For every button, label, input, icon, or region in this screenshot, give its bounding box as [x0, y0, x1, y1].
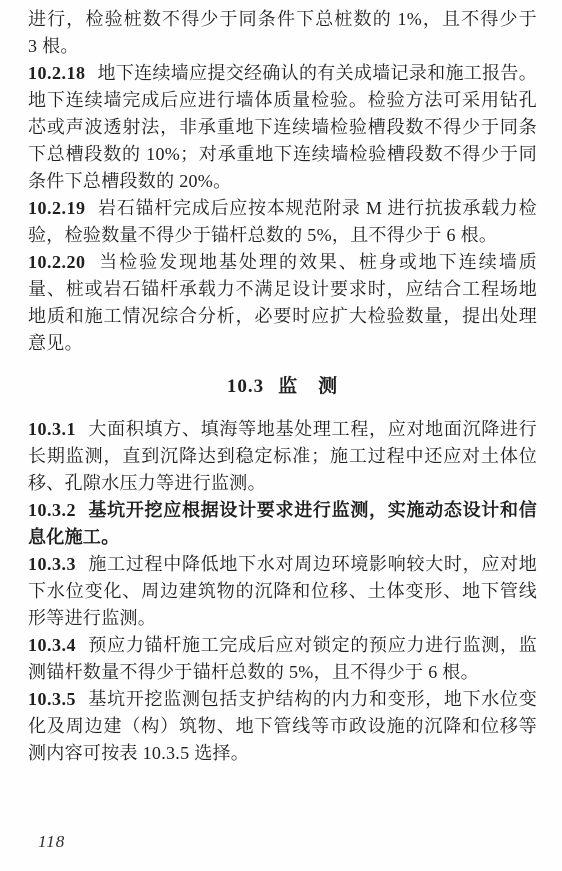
- paragraph-line: 地下连续墙完成后应进行墙体质量检验。检验方法可采用钻孔抽: [28, 87, 537, 114]
- clause-number: 10.2.18: [28, 63, 86, 83]
- line-text: 息化施工。: [28, 527, 120, 547]
- section-heading: 10.3监 测: [28, 373, 537, 400]
- paragraph-line: 测锚杆数量不得少于锚杆总数的 5%，且不得少于 6 根。: [28, 659, 537, 686]
- clause-first-line: 10.3.4预应力锚杆施工完成后应对锁定的预应力进行监测，监: [28, 632, 537, 659]
- line-text: 地下连续墙应提交经确认的有关成墙记录和施工报告。: [98, 63, 538, 83]
- line-text: 化及周边建（构）筑物、地下管线等市政设施的沉降和位移等监: [28, 716, 537, 740]
- line-text: 测内容可按表 10.3.5 选择。: [28, 743, 249, 763]
- paragraph-line: 条件下总槽段数的 20%。: [28, 168, 537, 195]
- clause-number: 10.3.4: [28, 635, 76, 655]
- line-text: 意见。: [28, 333, 83, 353]
- line-text: 下水位变化、周边建筑物的沉降和位移、土体变形、地下管线变: [28, 581, 537, 605]
- paragraph-line: 芯或声波透射法，非承重地下连续墙检验槽段数不得少于同条件: [28, 114, 537, 141]
- clause-first-line: 10.3.3施工过程中降低地下水对周边环境影响较大时，应对地: [28, 551, 537, 578]
- line-text: 地下连续墙完成后应进行墙体质量检验。检验方法可采用钻孔抽: [28, 90, 537, 114]
- clause-number: 10.3.1: [28, 419, 76, 439]
- paragraph-line: 移、孔隙水压力等进行监测。: [28, 470, 537, 497]
- paragraph-line: 息化施工。: [28, 524, 537, 551]
- line-text: 条件下总槽段数的 20%。: [28, 171, 231, 191]
- scanned-document-page: 进行，检验桩数不得少于同条件下总桩数的 1%，且不得少于 3 根。 10.2.1…: [0, 0, 562, 871]
- line-text: 3 根。: [28, 36, 79, 56]
- clause-first-line: 10.3.1大面积填方、填海等地基处理工程，应对地面沉降进行: [28, 416, 537, 443]
- clause-number: 10.2.20: [28, 252, 86, 272]
- clause-first-line: 10.2.20当检验发现地基处理的效果、桩身或地下连续墙质: [28, 249, 537, 276]
- line-text: 地质和施工情况综合分析，必要时应扩大检验数量，提出处理: [28, 306, 537, 326]
- paragraph-line: 下水位变化、周边建筑物的沉降和位移、土体变形、地下管线变: [28, 578, 537, 605]
- line-text: 移、孔隙水压力等进行监测。: [28, 473, 266, 493]
- clause-first-line: 10.2.18地下连续墙应提交经确认的有关成墙记录和施工报告。: [28, 60, 537, 87]
- paragraph-line: 意见。: [28, 330, 537, 357]
- document-body: 进行，检验桩数不得少于同条件下总桩数的 1%，且不得少于 3 根。 10.2.1…: [28, 6, 537, 767]
- line-text: 验，检验数量不得少于锚杆总数的 5%，且不得少于 6 根。: [28, 225, 497, 245]
- line-text: 形等进行监测。: [28, 608, 156, 628]
- clause-number: 10.2.19: [28, 198, 86, 218]
- paragraph-line: 地质和施工情况综合分析，必要时应扩大检验数量，提出处理: [28, 303, 537, 330]
- paragraph-line: 下总槽段数的 10%；对承重地下连续墙检验槽段数不得少于同: [28, 141, 537, 168]
- line-text: 基坑开挖监测包括支护结构的内力和变形，地下水位变: [88, 689, 537, 709]
- line-text: 预应力锚杆施工完成后应对锁定的预应力进行监测，监: [88, 635, 537, 655]
- line-text: 基坑开挖应根据设计要求进行监测，实施动态设计和信: [88, 500, 537, 520]
- line-text: 进行，检验桩数不得少于同条件下总桩数的 1%，且不得少于: [28, 9, 537, 29]
- line-text: 测锚杆数量不得少于锚杆总数的 5%，且不得少于 6 根。: [28, 662, 479, 682]
- paragraph-line: 测内容可按表 10.3.5 选择。: [28, 740, 537, 767]
- clause-first-line: 10.3.2基坑开挖应根据设计要求进行监测，实施动态设计和信: [28, 497, 537, 524]
- paragraph-line: 进行，检验桩数不得少于同条件下总桩数的 1%，且不得少于: [28, 6, 537, 33]
- line-text: 施工过程中降低地下水对周边环境影响较大时，应对地: [88, 554, 537, 574]
- line-text: 长期监测，直到沉降达到稳定标准；施工过程中还应对土体位: [28, 446, 537, 466]
- line-text: 大面积填方、填海等地基处理工程，应对地面沉降进行: [88, 419, 537, 439]
- line-text: 芯或声波透射法，非承重地下连续墙检验槽段数不得少于同条件: [28, 117, 537, 141]
- clause-first-line: 10.3.5基坑开挖监测包括支护结构的内力和变形，地下水位变: [28, 686, 537, 713]
- paragraph-line: 化及周边建（构）筑物、地下管线等市政设施的沉降和位移等监: [28, 713, 537, 740]
- clause-first-line: 10.2.19岩石锚杆完成后应按本规范附录 M 进行抗拔承载力检: [28, 195, 537, 222]
- paragraph-line: 3 根。: [28, 33, 537, 60]
- paragraph-line: 验，检验数量不得少于锚杆总数的 5%，且不得少于 6 根。: [28, 222, 537, 249]
- section-title: 监 测: [278, 376, 338, 397]
- paragraph-line: 量、桩或岩石锚杆承载力不满足设计要求时，应结合工程场地: [28, 276, 537, 303]
- line-text: 当检验发现地基处理的效果、桩身或地下连续墙质: [98, 252, 538, 272]
- paragraph-line: 长期监测，直到沉降达到稳定标准；施工过程中还应对土体位: [28, 443, 537, 470]
- section-number: 10.3: [227, 376, 264, 397]
- line-text: 下总槽段数的 10%；对承重地下连续墙检验槽段数不得少于同: [28, 144, 537, 164]
- page-number: 118: [38, 832, 65, 852]
- clause-number: 10.3.3: [28, 554, 76, 574]
- line-text: 岩石锚杆完成后应按本规范附录 M 进行抗拔承载力检: [98, 198, 538, 218]
- clause-number: 10.3.2: [28, 500, 76, 520]
- clause-number: 10.3.5: [28, 689, 76, 709]
- paragraph-line: 形等进行监测。: [28, 605, 537, 632]
- line-text: 量、桩或岩石锚杆承载力不满足设计要求时，应结合工程场地: [28, 279, 537, 299]
